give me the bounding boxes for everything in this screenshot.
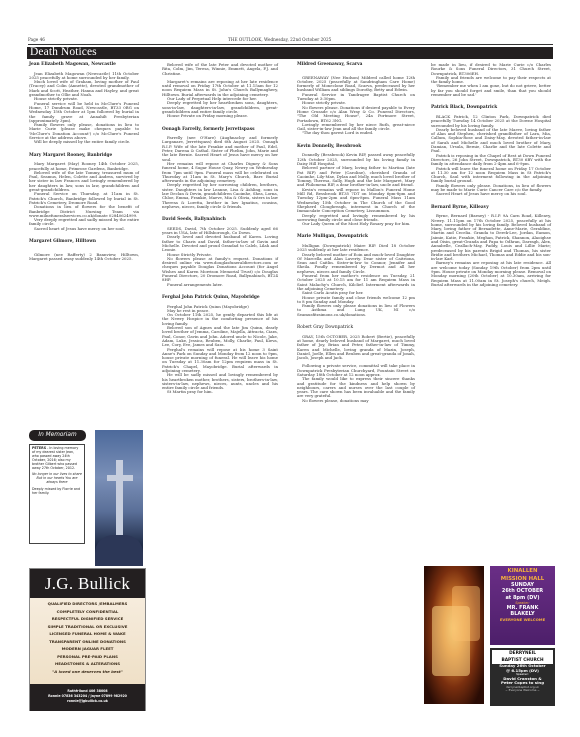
notice-title: Mildred Greenaway, Scarva	[297, 63, 415, 68]
notice-text: Patrick will leave the funeral home on F…	[431, 167, 551, 184]
ad-brand-name: J.G. Bullick	[30, 569, 145, 598]
cross-photo	[95, 430, 143, 566]
notice-text: Sacred heart of Jesus have mercy on her …	[29, 227, 139, 231]
notice-text: Gilmore (nee Rafferty) 2 Bannview, Hillt…	[29, 253, 139, 262]
notice-title: Ferghal John Patrick Quinn, Mayobridge	[162, 296, 278, 301]
notice-text: GRAY, 15th OCTOBER, 2025 Robert (Bertie)…	[297, 335, 415, 361]
notice-title: David Seeds, Ballynahinch	[162, 218, 278, 223]
notice-title: Margaret Gilmore, Hilltown	[29, 240, 139, 245]
notice-title: Mary Margaret Rooney, Banbridge	[29, 154, 139, 159]
notice-text: Kevin's remains will repose in Mallon's …	[297, 188, 415, 214]
notice-text: GREENAWAY (Nee Hudson) Mildred called ho…	[297, 76, 415, 93]
notice-title: Marie Mulligan, Downpatrick	[297, 235, 415, 240]
ad-contact: Rathfriland 406 38008 Ronnie 07836 34320…	[30, 684, 145, 711]
section-banner: Death Notices	[27, 47, 553, 59]
derryneil-baptist-ad: DERRYNEIL BAPTIST CHURCH Sunday 26th Oct…	[490, 648, 555, 706]
notice-text: Deeply regretted by her sorrowing childr…	[162, 183, 278, 209]
notice-text: Our Lady Queen of the Most Holy Rosary p…	[297, 222, 415, 226]
page-number: Page 46	[28, 37, 45, 42]
notice-text: Ferghal's remains will repose at his hom…	[162, 348, 278, 374]
in-memoriam-badge: In Memoriam	[29, 430, 86, 441]
notice-text: Beloved partner of Mary, loving father t…	[297, 166, 415, 187]
column-4: be made in lieu, if desired to Marie Cur…	[431, 63, 551, 287]
notice-text: Patrick is reposing in the Chapel of Res…	[431, 154, 551, 167]
notice-title: Robert Gray Downpatrick	[297, 326, 415, 331]
notice-text: Family flowers only please donations in …	[297, 304, 415, 317]
column-1: Jean Elizabeth Magowan, Newcastle Jean E…	[29, 63, 139, 261]
notice-text: Beloved wife of the late Tommy, treasure…	[29, 171, 139, 192]
notice-text: Funeral from her mother's residence on T…	[297, 274, 415, 291]
in-memoriam-verse: No longer in our lives to share But in o…	[32, 473, 82, 485]
notice-text: Dearly beloved husband of the late Maeve…	[431, 128, 551, 154]
notice-title: Patrick Black, Downpatrick	[431, 106, 551, 111]
candle-photo	[424, 566, 484, 704]
column-2: Beloved wife of the late Peter and devot…	[162, 63, 278, 395]
notice-title: Oonagh Farrelly, formerly Jerrettspass	[162, 128, 278, 133]
in-memoriam-text: PETERS - In loving memory of my dearest …	[32, 447, 82, 470]
in-memoriam: In Memoriam PETERS - In loving memory of…	[29, 430, 85, 547]
publication-line: THE OUTLOOK, Wednesday, 22nd October 202…	[228, 37, 331, 42]
notice-text: Beloved son of Agnes and the late Jim Qu…	[162, 326, 278, 347]
notice-text: be made in lieu, if desired to Marie Cur…	[431, 63, 551, 76]
notice-text: Margaret's remains are reposing at her l…	[162, 80, 278, 97]
notice-text: No flowers please, donations may	[297, 399, 415, 403]
in-memoriam-signoff: Deeply missed by Florrie and her family.	[32, 488, 82, 496]
notice-title: Jean Elizabeth Magowan, Newcastle	[29, 63, 139, 68]
ad-services: QUALIFIED DIRECTORS /EMBALMERS COMPLETEL…	[30, 598, 145, 684]
notice-text: St Martin pray for him.	[162, 390, 278, 394]
section-title: Death Notices	[30, 46, 97, 58]
notice-text: Her remains will repose at Charles Digne…	[162, 162, 278, 183]
notice-text: Much loved wife of Graham, loving mother…	[29, 80, 139, 97]
notice-text: Dearly loved and devoted husband of Kare…	[162, 235, 278, 252]
notice-text: Farrelly (nee O'Hare) (Aughnacloy and fo…	[162, 136, 278, 162]
notice-text: 'Remember me when I am gone, but do not …	[431, 84, 551, 97]
notice-text: Byrne, Bernard (Barney) - R.I.P. 9A Carn…	[431, 214, 551, 261]
notice-text: Will be deeply missed by the entire fami…	[29, 140, 139, 144]
notice-title: Kevin Donnelly, Bessbrook	[297, 145, 415, 150]
ad-slogan: "A loved one deserves the best"	[30, 668, 145, 676]
notice-title: Bernard Byrne, Killeavy	[431, 206, 551, 211]
notice-text: Barney's remains are reposing at his lat…	[431, 261, 551, 287]
notice-text: No flowers please. Donations if desired …	[297, 106, 415, 123]
notice-text: BLACK Patrick, 12 Clinton Park, Downpatr…	[431, 115, 551, 128]
kinallen-mission-hall-ad: KINALLEN MISSION HALL SUNDAY 26th OCTOBE…	[490, 566, 555, 645]
notice-text: Funeral service will be held in McClure'…	[29, 102, 139, 123]
notice-text: Family flowers only please, donations in…	[29, 123, 139, 140]
in-memoriam-box: PETERS - In loving memory of my dearest …	[29, 444, 85, 544]
column-3: Mildred Greenaway, Scarva GREENAWAY (Nee…	[297, 63, 415, 403]
notice-text: The family would like to express their s…	[297, 377, 415, 398]
notice-text: No flowers please at family's request. D…	[162, 257, 278, 283]
jg-bullick-ad: J.G. Bullick QUALIFIED DIRECTORS /EMBALM…	[29, 568, 146, 711]
notice-text: Dearly beloved mother of Eoin and much-l…	[297, 253, 415, 274]
notice-text: Beloved wife of the late Peter and devot…	[162, 63, 278, 76]
page-header: Page 46 THE OUTLOOK, Wednesday, 22nd Oct…	[28, 37, 553, 45]
notice-text: He will be sadly missed and lovingly rem…	[162, 373, 278, 390]
